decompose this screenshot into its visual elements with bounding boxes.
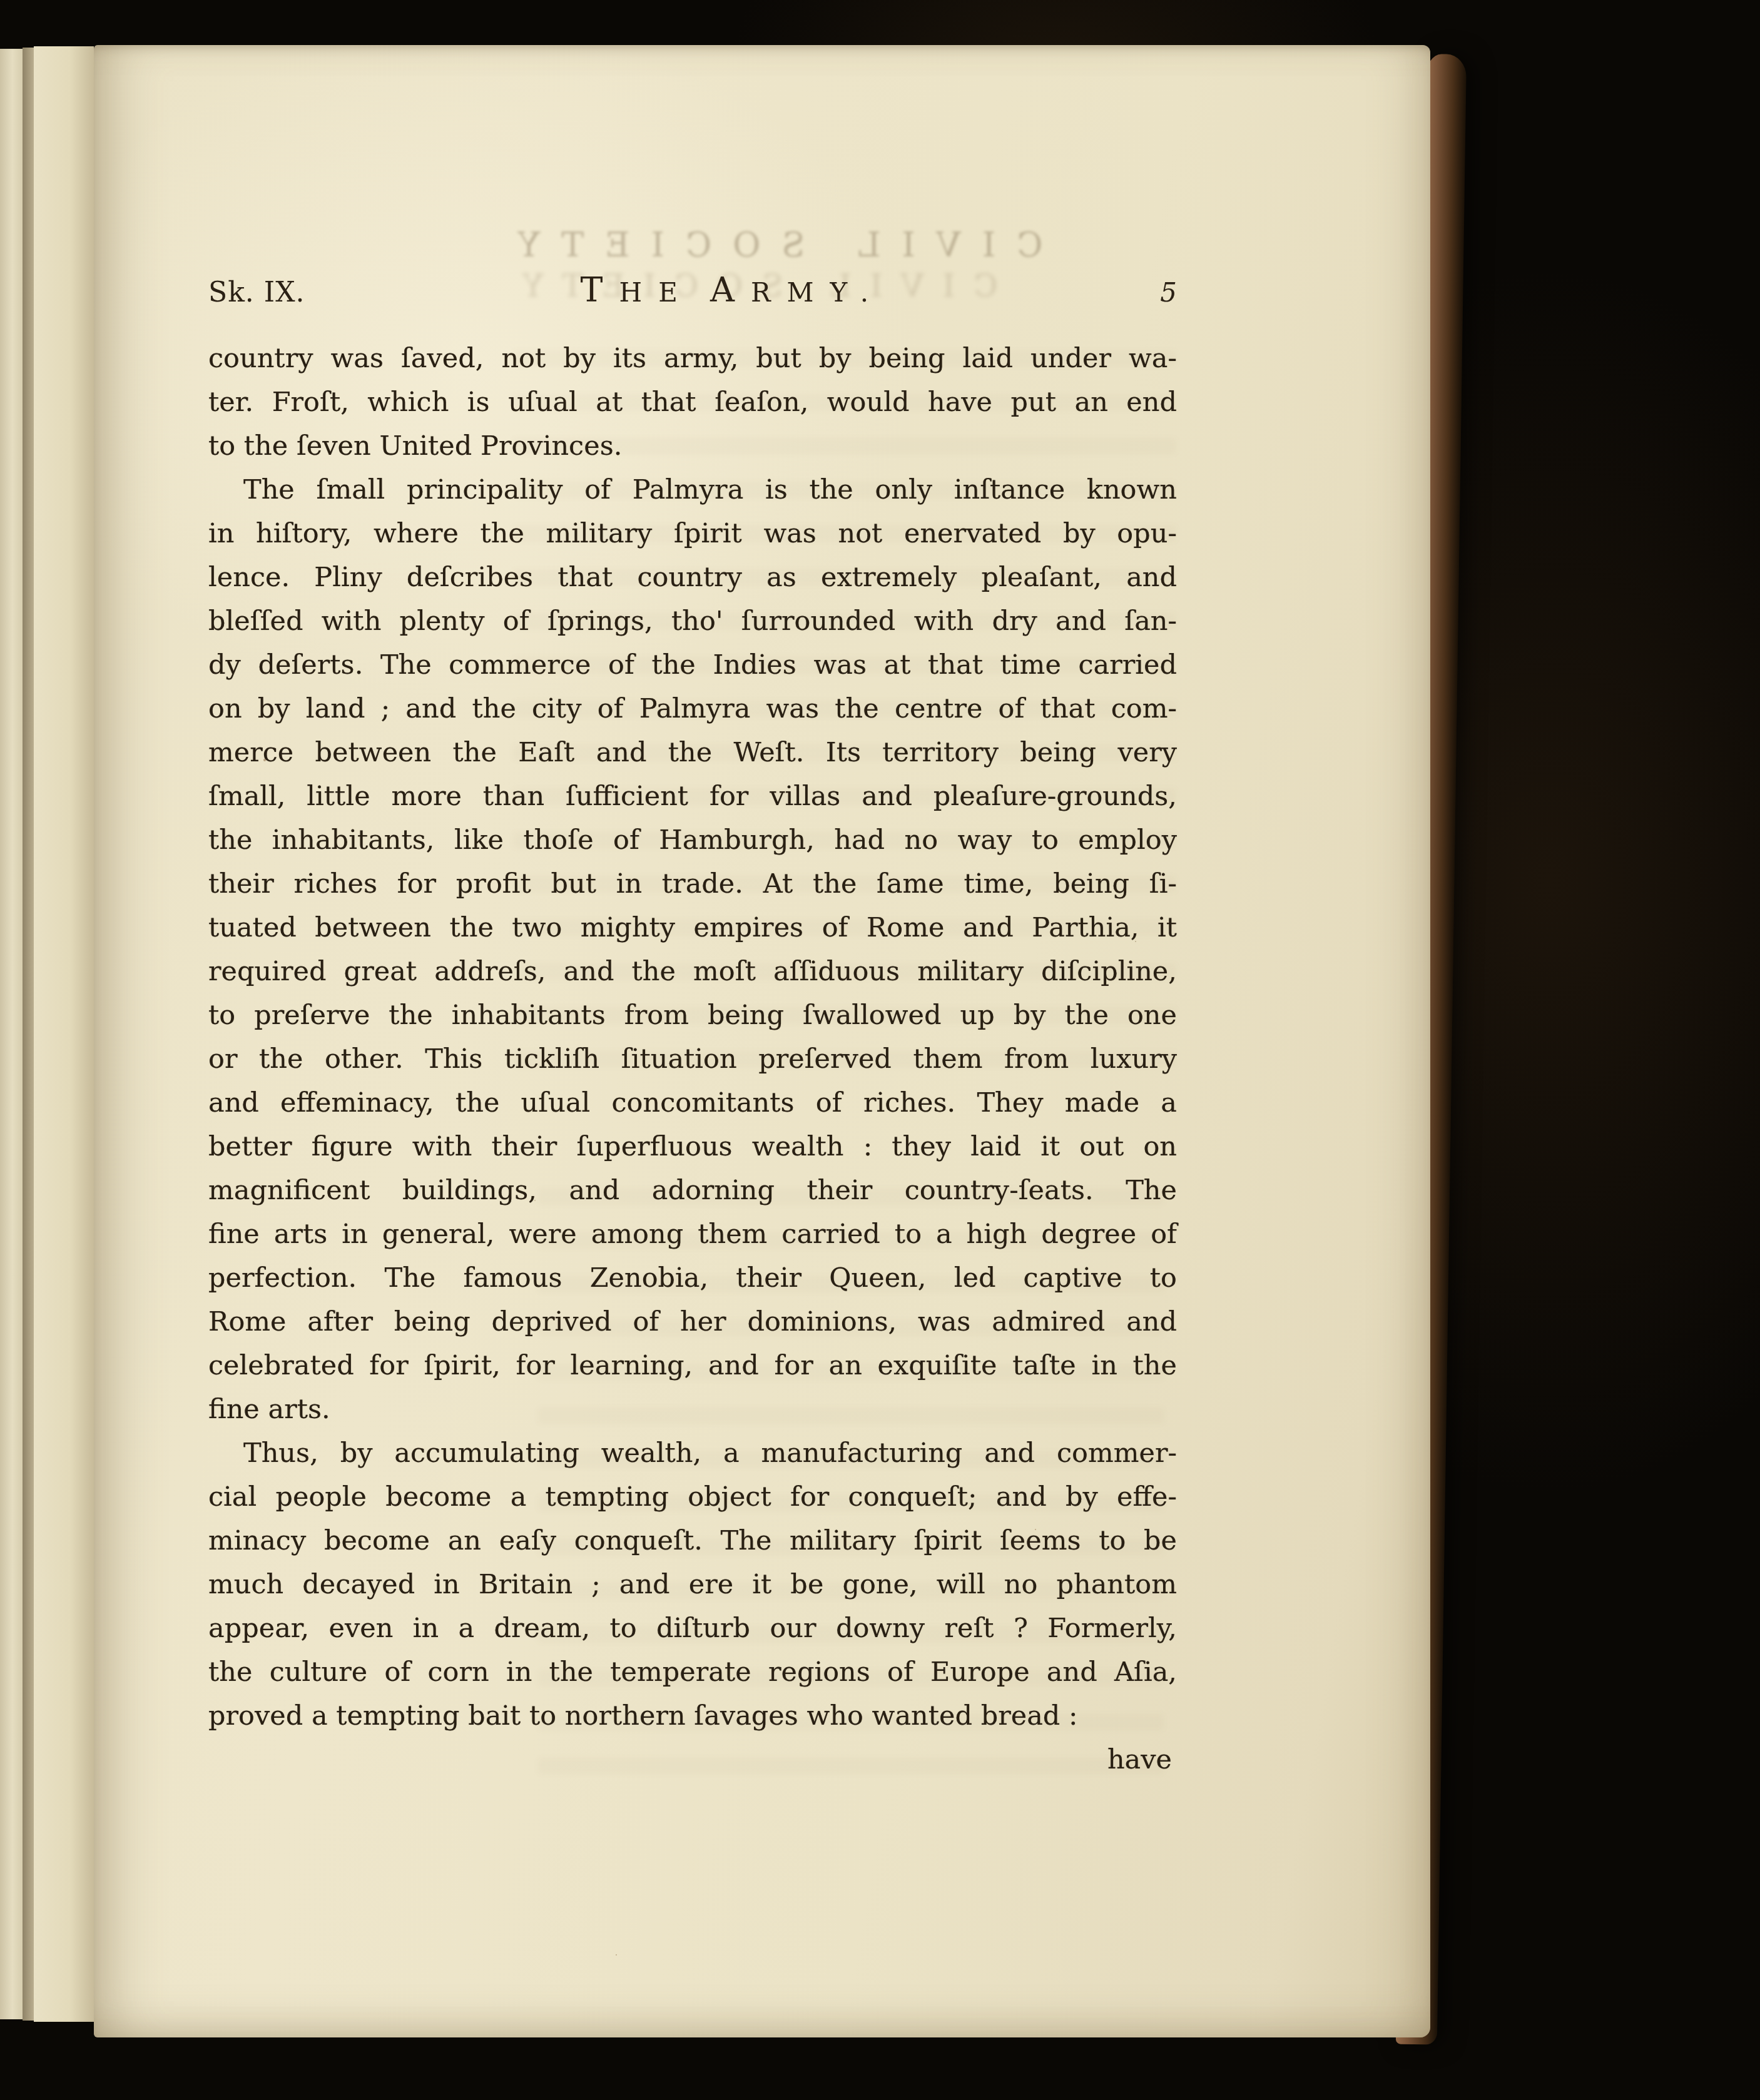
book-photo: CIVIL SOCIETY CIVIL SOCIETY Sk. IX. THEA… xyxy=(0,0,1760,2100)
body-line: to preſerve the inhabitants from being ſ… xyxy=(208,993,1177,1037)
body-line: required great addreſs, and the moſt aſſ… xyxy=(208,950,1177,993)
running-title: THEARMY. xyxy=(305,270,1160,310)
page-edge-strip xyxy=(34,46,94,2022)
running-title-part: RMY. xyxy=(751,277,885,308)
body-line: minacy become an eaſy conqueſt. The mili… xyxy=(208,1519,1177,1563)
body-line: cial people become a tempting object for… xyxy=(208,1475,1177,1519)
section-label: Sk. IX. xyxy=(208,276,305,308)
body-line: the culture of corn in the temperate reg… xyxy=(208,1650,1177,1694)
body-line: dy deſerts. The commerce of the Indies w… xyxy=(208,643,1177,687)
body-line: The ſmall principality of Palmyra is the… xyxy=(208,468,1177,512)
body-line: lence. Pliny deſcribes that country as e… xyxy=(208,555,1177,599)
body-line: magnificent buildings, and adorning thei… xyxy=(208,1169,1177,1212)
body-line: bleſſed with plenty of ſprings, tho' ſur… xyxy=(208,599,1177,643)
running-title-part: A xyxy=(710,270,751,310)
body-line: their riches for profit but in trade. At… xyxy=(208,862,1177,906)
body-line: celebrated for ſpirit, for learning, and… xyxy=(208,1344,1177,1387)
body-line: much decayed in Britain ; and ere it be … xyxy=(208,1563,1177,1606)
page-number: 5 xyxy=(1160,277,1177,308)
body-line: to the ſeven United Provinces. xyxy=(208,424,1177,468)
page-edge-strip xyxy=(0,49,23,2019)
body-line: country was ſaved, not by its army, but … xyxy=(208,337,1177,380)
body-line: appear, even in a dream, to diſturb our … xyxy=(208,1606,1177,1650)
body-line: fine arts. xyxy=(208,1387,1177,1431)
body-line: proved a tempting bait to northern ſavag… xyxy=(208,1694,1177,1738)
page-header: Sk. IX. THEARMY. 5 xyxy=(208,270,1177,310)
body-line: in hiſtory, where the military ſpirit wa… xyxy=(208,512,1177,555)
body-line: ſmall, little more than ſufficient for v… xyxy=(208,774,1177,818)
body-line: better figure with their ſuperfluous wea… xyxy=(208,1125,1177,1169)
body-line: ter. Froſt, which is uſual at that ſeaſo… xyxy=(208,380,1177,424)
body-line: perfection. The famous Zenobia, their Qu… xyxy=(208,1256,1177,1300)
body-line: merce between the Eaſt and the Weſt. Its… xyxy=(208,731,1177,774)
showthrough-ghost-title: CIVIL SOCIETY xyxy=(476,225,1064,265)
running-title-part: HE xyxy=(619,277,694,308)
body-line: Rome after being deprived of her dominio… xyxy=(208,1300,1177,1344)
body-line: the inhabitants, like thoſe of Hamburgh,… xyxy=(208,818,1177,862)
body-line: and effeminacy, the uſual concomitants o… xyxy=(208,1081,1177,1125)
body-line: Thus, by accumulating wealth, a manufact… xyxy=(208,1431,1177,1475)
body-line: fine arts in general, were among them ca… xyxy=(208,1212,1177,1256)
body-line: or the other. This tickliſh ſituation pr… xyxy=(208,1037,1177,1081)
catchword: have xyxy=(208,1738,1177,1782)
page-edge-groove xyxy=(23,48,34,2021)
body-line: tuated between the two mighty empires of… xyxy=(208,906,1177,950)
body-line: on by land ; and the city of Palmyra was… xyxy=(208,687,1177,731)
body-text: country was ſaved, not by its army, but … xyxy=(208,337,1177,1782)
running-title-part: T xyxy=(581,270,619,310)
